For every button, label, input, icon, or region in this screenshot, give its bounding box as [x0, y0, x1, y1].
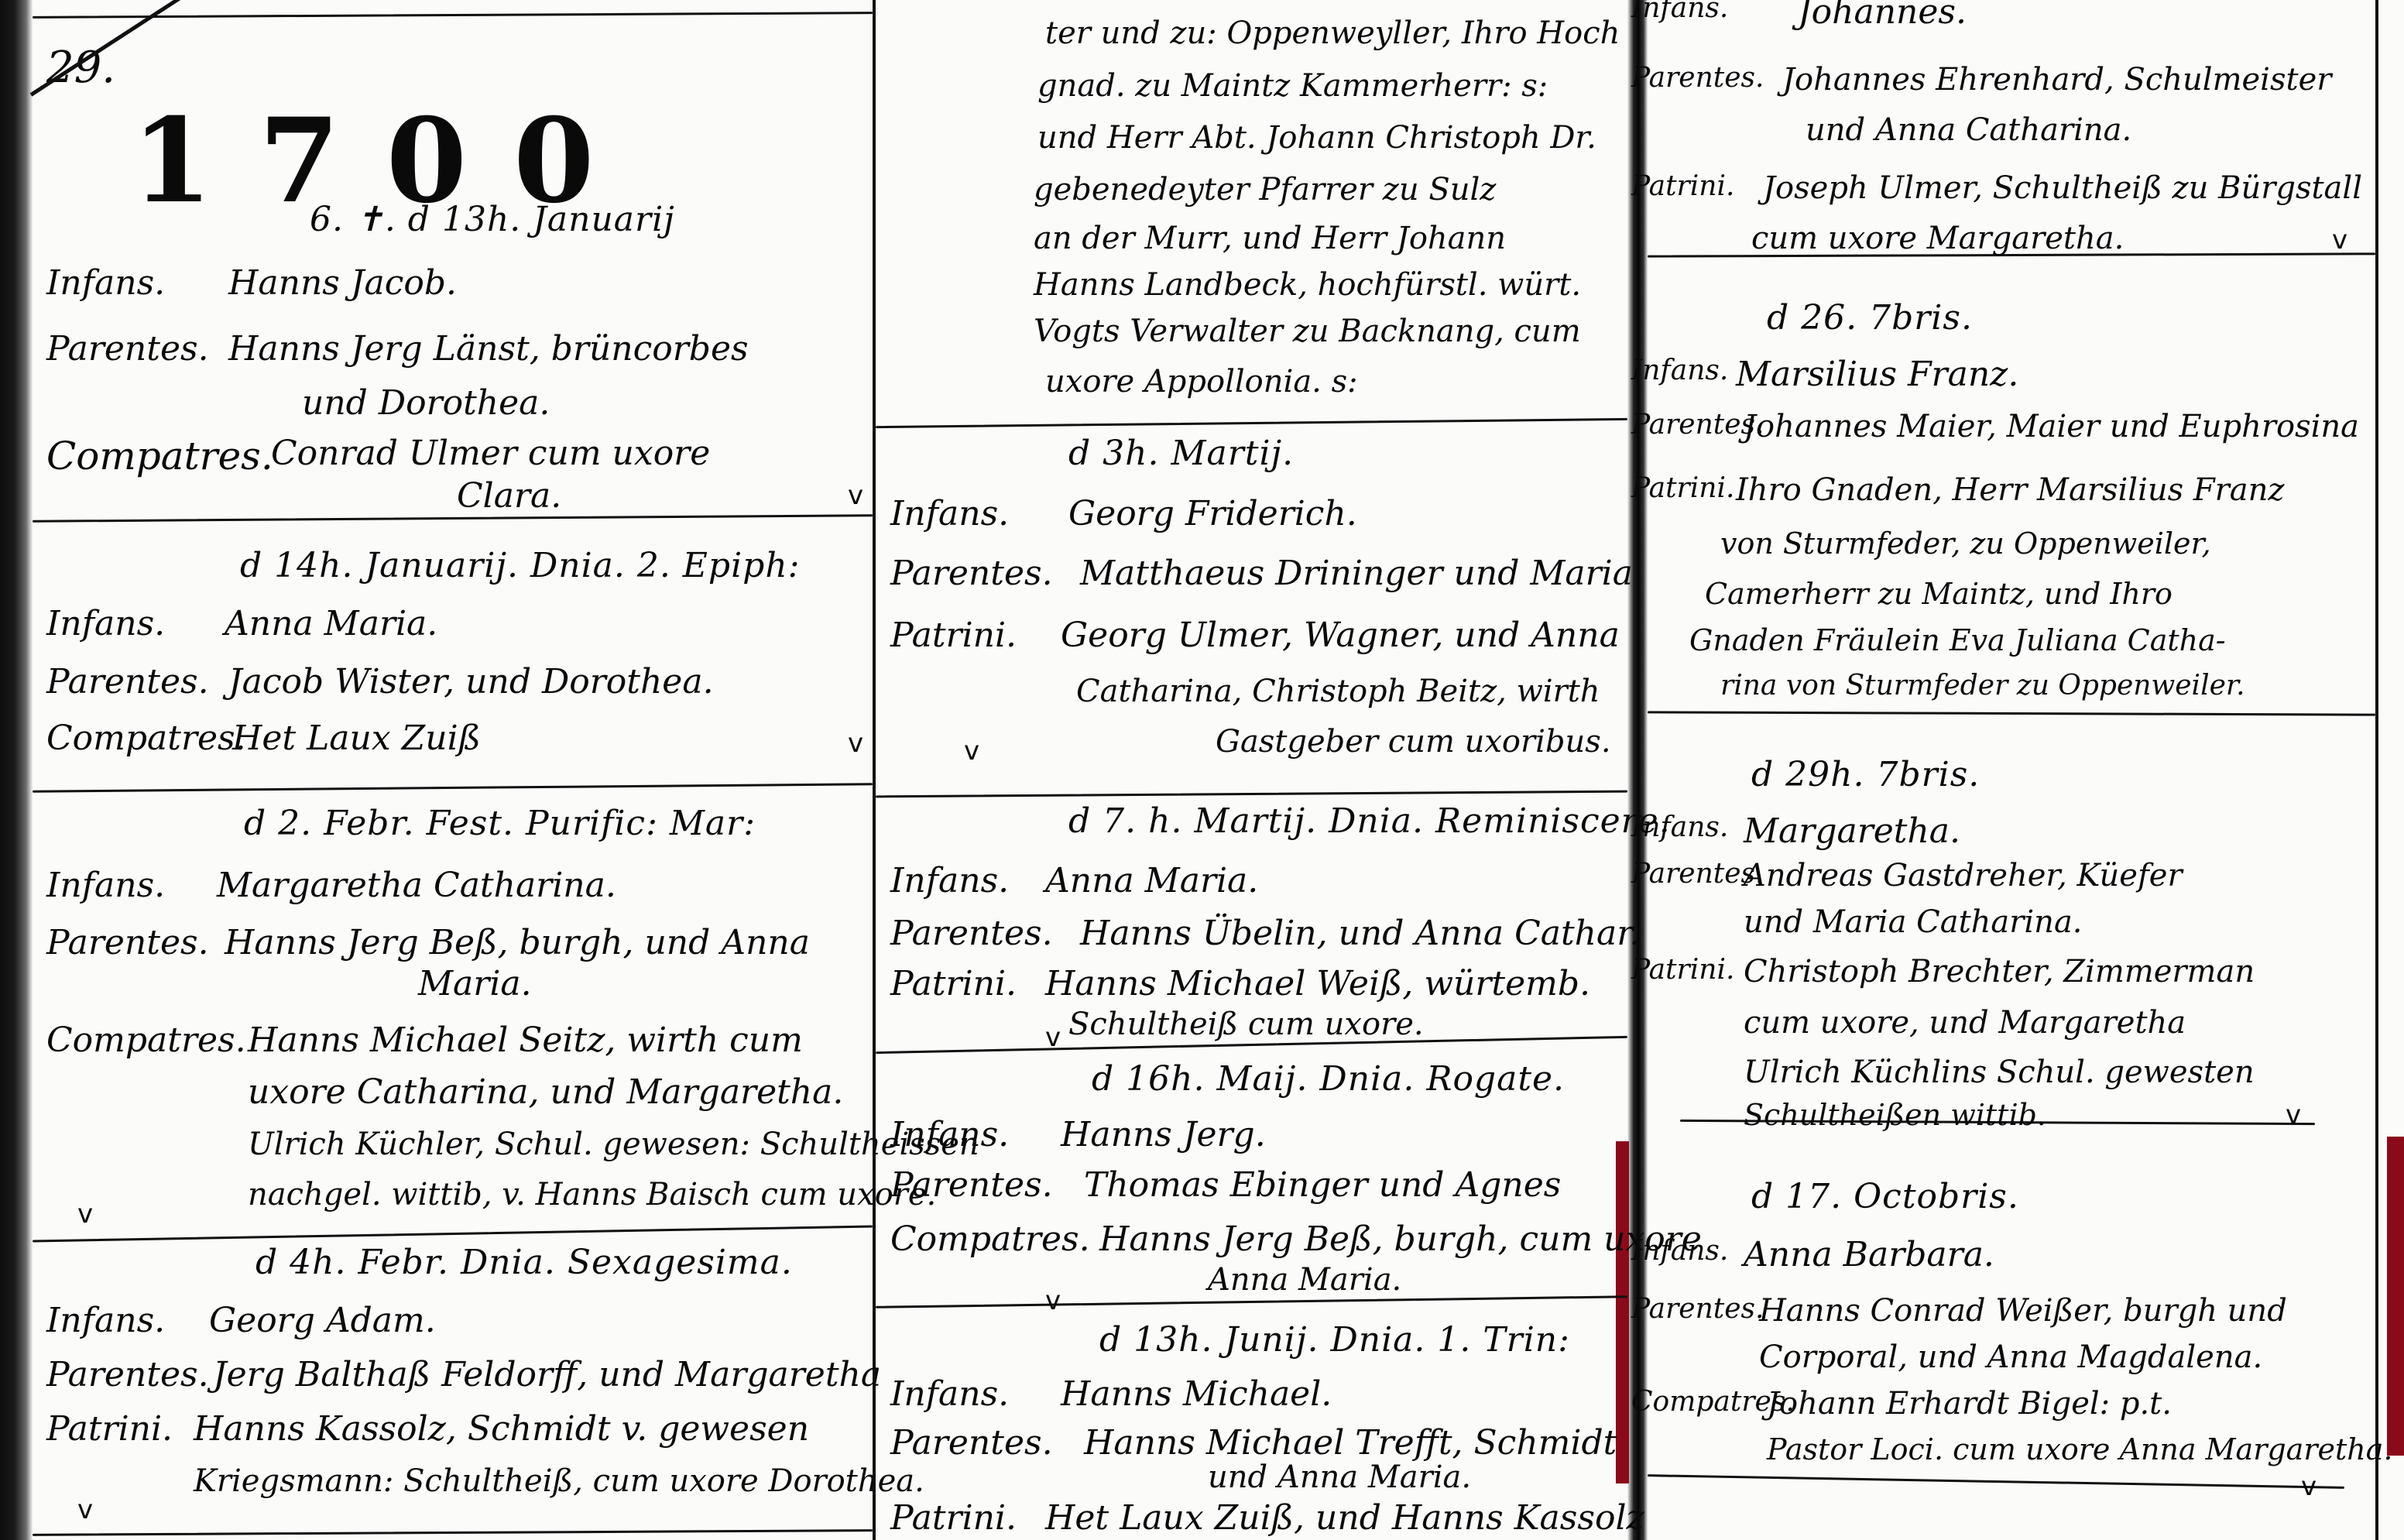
entry-date: d 4h. Febr. Dnia. Sexagesima. — [255, 1243, 793, 1282]
infans-label: Infans. — [890, 861, 1009, 900]
patrini-continuation: Kriegsmann: Schultheiß, cum uxore Doroth… — [194, 1463, 924, 1499]
continuation-line: ter und zu: Oppenweyller, Ihro Hoch — [1045, 15, 1620, 51]
continuation-line: Hanns Landbeck, hochfürstl. würt. — [1034, 267, 1581, 303]
entry-date: d 3h. Martij. — [1068, 434, 1294, 473]
checkmark: v — [2286, 1099, 2301, 1130]
column-rule-right — [2375, 0, 2378, 1540]
parentes-continuation: und Dorothea. — [302, 383, 550, 423]
parentes-continuation: Maria. — [418, 964, 532, 1003]
infans-name: Hanns Michael. — [1061, 1374, 1332, 1414]
parentes-names: Jerg Balthaß Feldorff, und Margaretha — [213, 1355, 881, 1394]
infans-name: Hanns Jacob. — [228, 263, 457, 303]
infans-label: Infans. — [1631, 0, 1728, 24]
entry-date: d 13h. Junij. Dnia. 1. Trin: — [1099, 1320, 1570, 1360]
checkmark: v — [2332, 225, 2347, 256]
patrini-continuation: Gnaden Fräulein Eva Juliana Catha- — [1689, 623, 2226, 657]
entry-date: d 17. Octobris. — [1751, 1177, 2019, 1216]
compatres-continuation: nachgel. wittib, v. Hanns Baisch cum uxo… — [248, 1177, 936, 1212]
infans-name: Anna Maria. — [1045, 861, 1258, 900]
parentes-continuation: und Anna Maria. — [1208, 1459, 1471, 1495]
parentes-continuation: und Maria Catharina. — [1744, 904, 2083, 940]
continuation-line: gnad. zu Maintz Kammerherr: s: — [1037, 68, 1548, 104]
continuation-line: uxore Appollonia. s: — [1045, 364, 1358, 400]
checkmark: v — [77, 1199, 93, 1230]
checkmark: v — [964, 736, 979, 767]
parentes-continuation: Corporal, und Anna Magdalena. — [1759, 1339, 2262, 1375]
patrini-continuation: cum uxore, und Margaretha — [1744, 1005, 2186, 1041]
parentes-names: Hanns Conrad Weißer, burgh und — [1759, 1293, 2287, 1329]
checkmark: v — [1045, 1285, 1061, 1316]
patrini-label: Patrini. — [890, 616, 1017, 655]
compatres-continuation: Clara. — [457, 476, 561, 516]
continuation-line: und Herr Abt. Johann Christoph Dr. — [1037, 120, 1596, 156]
infans-label: Infans. — [46, 604, 165, 643]
patrini-continuation: cum uxore Margaretha. — [1751, 221, 2124, 256]
infans-label: Infans. — [1631, 811, 1728, 843]
patrini-names: Het Laux Zuiß, und Hanns Kassolz — [1045, 1498, 1644, 1538]
parentes-label: Parentes. — [46, 329, 209, 369]
patrini-label: Patrini. — [1631, 472, 1734, 504]
patrini-label: Patrini. — [890, 1498, 1017, 1538]
compatres-label: Compatres. — [890, 1219, 1090, 1259]
patrini-label: Patrini. — [46, 1409, 173, 1449]
parentes-label: Parentes. — [890, 1423, 1053, 1463]
continuation-line: an der Murr, und Herr Johann — [1034, 221, 1506, 256]
parentes-label: Parentes. — [1631, 1293, 1764, 1325]
entry-date: d 2. Febr. Fest. Purific: Mar: — [244, 804, 756, 843]
patrini-label: Patrini. — [1631, 170, 1734, 202]
entry-date: d 16h. Maij. Dnia. Rogate. — [1092, 1059, 1565, 1099]
infans-label: Infans. — [890, 1374, 1009, 1414]
entry-date: d 14h. Januarij. Dnia. 2. Epiph: — [240, 546, 801, 585]
red-marker-bar-right — [2387, 1137, 2404, 1456]
patrini-names: Georg Ulmer, Wagner, und Anna — [1061, 616, 1620, 655]
compatres-continuation: Pastor Loci. cum uxore Anna Margaretha. — [1767, 1432, 2392, 1466]
patrini-continuation: Schultheißen wittib. — [1744, 1098, 2046, 1132]
compatres-names: Hanns Jerg Beß, burgh, cum uxore — [1099, 1219, 1702, 1259]
infans-name: Georg Friderich. — [1068, 494, 1357, 533]
infans-label: Infans. — [890, 1115, 1009, 1154]
patrini-label: Patrini. — [1631, 954, 1734, 986]
infans-name: Anna Maria. — [225, 604, 437, 643]
parentes-names: Hanns Jerg Beß, burgh, und Anna — [225, 923, 810, 962]
infans-name: Margaretha Catharina. — [217, 866, 616, 905]
patrini-continuation: Catharina, Christoph Beitz, wirth — [1076, 674, 1600, 709]
infans-name: Margaretha. — [1744, 811, 1960, 851]
entry-date: d 7. h. Martij. Dnia. Reminiscere. — [1068, 801, 1671, 841]
infans-label: Infans. — [890, 494, 1009, 533]
column-rule-1 — [873, 0, 876, 1540]
parentes-label: Parentes. — [890, 1165, 1053, 1205]
patrini-continuation: Schultheiß cum uxore. — [1068, 1007, 1424, 1042]
compatres-names: Het Laux Zuiß — [232, 719, 481, 758]
parentes-label: Parentes. — [46, 662, 209, 701]
continuation-line: gebenedeyter Pfarrer zu Sulz — [1034, 172, 1496, 208]
patrini-names: Joseph Ulmer, Schultheiß zu Bürgstall — [1763, 170, 2362, 206]
patrini-names: Ihro Gnaden, Herr Marsilius Franz — [1736, 472, 2284, 508]
entry-date: 6. ✝. d 13h. Januarij — [310, 200, 675, 239]
patrini-label: Patrini. — [890, 964, 1017, 1003]
continuation-line: Vogts Verwalter zu Backnang, cum — [1034, 314, 1581, 349]
infans-name: Marsilius Franz. — [1736, 355, 2018, 394]
entry-date: d 26. 7bris. — [1767, 298, 1973, 338]
patrini-names: Hanns Kassolz, Schmidt v. gewesen — [194, 1409, 809, 1449]
patrini-continuation: Gastgeber cum uxoribus. — [1216, 724, 1611, 760]
parentes-names: Hanns Jerg Länst, brüncorbes — [228, 329, 749, 369]
parentes-label: Parentes. — [46, 1355, 209, 1394]
parentes-names: Johannes Ehrenhard, Schulmeister — [1782, 62, 2331, 98]
parentes-names: Hanns Michael Trefft, Schmidt — [1084, 1423, 1617, 1463]
parentes-label: Parentes. — [890, 554, 1053, 593]
parentes-names: Hanns Übelin, und Anna Cathar. — [1080, 914, 1640, 953]
parentes-names: Jacob Wister, und Dorothea. — [228, 662, 714, 701]
checkmark: v — [1045, 1022, 1061, 1053]
register-column-3: Infans. Johannes. Parentes. Johannes Ehr… — [1651, 0, 2375, 1540]
parentes-names: Matthaeus Drininger und Maria — [1080, 554, 1633, 593]
checkmark: v — [848, 728, 863, 759]
patrini-continuation: von Sturmfeder, zu Oppenweiler, — [1720, 526, 2211, 561]
compatres-names: Conrad Ulmer cum uxore — [271, 434, 710, 473]
compatres-continuation: uxore Catharina, und Margaretha. — [248, 1072, 843, 1112]
binding-shadow-left — [0, 0, 33, 1540]
compatres-continuation: Anna Maria. — [1208, 1262, 1401, 1298]
patrini-continuation: Ulrich Küchlins Schul. gewesten — [1744, 1055, 2255, 1090]
patrini-continuation: rina von Sturmfeder zu Oppenweiler. — [1720, 670, 2245, 701]
parentes-names: Andreas Gastdreher, Küefer — [1744, 858, 2183, 893]
compatres-continuation: Ulrich Küchler, Schul. gewesen: Schulthe… — [248, 1127, 979, 1162]
checkmark: v — [2301, 1471, 2317, 1502]
checkmark: v — [77, 1494, 93, 1525]
register-page: 29. 1700 6. ✝. d 13h. Januarij Infans. H… — [0, 0, 2404, 1540]
patrini-continuation: Camerherr zu Maintz, und Ihro — [1705, 577, 2173, 611]
parentes-label: Parentes. — [46, 923, 209, 962]
infans-name: Johannes. — [1798, 0, 1967, 32]
infans-name: Anna Barbara. — [1744, 1235, 1994, 1274]
checkmark: v — [848, 480, 863, 511]
infans-label: Infans. — [46, 1301, 165, 1340]
parentes-names: Johannes Maier, Maier und Euphrosina — [1744, 409, 2359, 444]
infans-label: Infans. — [1631, 1235, 1728, 1267]
register-column-2: ter und zu: Oppenweyller, Ihro Hoch gnad… — [890, 0, 1626, 1540]
entry-date: d 29h. 7bris. — [1751, 755, 1980, 794]
infans-label: Infans. — [1631, 355, 1728, 386]
compatres-label: Compatres. — [46, 719, 246, 758]
parentes-names: Thomas Ebinger und Agnes — [1084, 1165, 1561, 1205]
infans-label: Infans. — [46, 866, 165, 905]
infans-name: Georg Adam. — [209, 1301, 436, 1340]
parentes-label: Parentes. — [890, 914, 1053, 953]
compatres-label: Compatres. — [46, 434, 273, 478]
infans-name: Hanns Jerg. — [1061, 1115, 1266, 1154]
register-column-1: 6. ✝. d 13h. Januarij Infans. Hanns Jaco… — [46, 0, 867, 1540]
parentes-label: Parentes. — [1631, 62, 1764, 94]
compatres-names: Hanns Michael Seitz, wirth cum — [248, 1020, 803, 1060]
compatres-label: Compatres. — [46, 1020, 246, 1060]
parentes-continuation: und Anna Catharina. — [1806, 112, 2131, 148]
patrini-names: Hanns Michael Weiß, würtemb. — [1045, 964, 1590, 1003]
patrini-names: Christoph Brechter, Zimmerman — [1744, 954, 2255, 990]
compatres-names: Johann Erhardt Bigel: p.t. — [1767, 1386, 2172, 1422]
infans-label: Infans. — [46, 263, 165, 303]
